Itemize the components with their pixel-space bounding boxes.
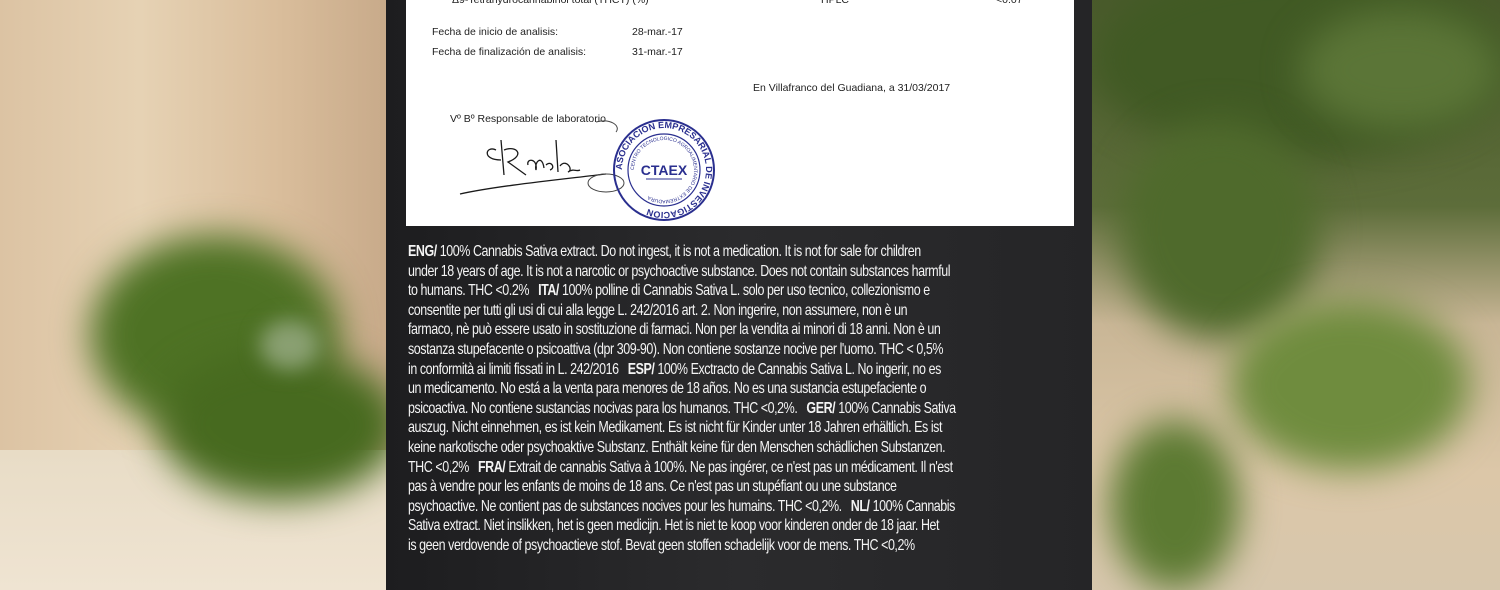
warning-text: 100% polline di Cannabis Sativa L. solo … xyxy=(559,282,930,299)
warning-line: psychoactive. Ne contient pas de substan… xyxy=(408,497,1088,517)
ctaex-stamp-icon: ASOCIACION EMPRESARIAL DE INVESTIGACION … xyxy=(612,118,716,222)
warning-line: ENG/ 100% Cannabis Sativa extract. Do no… xyxy=(408,242,1088,262)
warning-line: keine narkotische oder psychoaktive Subs… xyxy=(408,438,1088,458)
plant-leaf xyxy=(160,350,400,500)
product-package: Δ9-Tetrahydrocannabinol total (THCT) (%)… xyxy=(386,0,1092,590)
warning-text: 100% Exctracto de Cannabis Sativa L. No … xyxy=(654,361,940,378)
thc-value: <0.07 xyxy=(996,0,1023,6)
warning-text: psicoactiva. No contiene sustancias noci… xyxy=(408,400,806,417)
warning-text: consentite per tutti gli usi di cui alla… xyxy=(408,302,907,319)
plant-leaf xyxy=(1230,300,1470,470)
warning-line: Sativa extract. Niet inslikken, het is g… xyxy=(408,516,1088,536)
multilingual-warning-text: ENG/ 100% Cannabis Sativa extract. Do no… xyxy=(408,242,1088,556)
warning-line: under 18 years of age. It is not a narco… xyxy=(408,262,1088,282)
warning-line: psicoactiva. No contiene sustancias noci… xyxy=(408,399,1088,419)
warning-text: 100% Cannabis Sativa xyxy=(835,400,955,417)
language-code: ITA/ xyxy=(538,282,559,299)
warning-line: is geen verdovende of psychoactieve stof… xyxy=(408,536,1088,556)
plant-leaf xyxy=(1300,10,1500,130)
warning-line: THC <0,2% FRA/ Extrait de cannabis Sativ… xyxy=(408,458,1088,478)
warning-text: 100% Cannabis Sativa extract. Do not ing… xyxy=(437,243,921,260)
language-code: ESP/ xyxy=(628,361,655,378)
language-code: ENG/ xyxy=(408,243,437,260)
warning-text: is geen verdovende of psychoactieve stof… xyxy=(408,537,915,554)
language-code: FRA/ xyxy=(478,459,505,476)
warning-text: to humans. THC <0.2% xyxy=(408,282,538,299)
warning-line: auszug. Nicht einnehmen, es ist kein Med… xyxy=(408,418,1088,438)
language-code: NL/ xyxy=(851,498,870,515)
start-date-label: Fecha de inicio de analisis: xyxy=(432,26,558,38)
language-code: GER/ xyxy=(806,400,835,417)
plant-leaf xyxy=(1110,420,1240,590)
lab-analysis-certificate: Δ9-Tetrahydrocannabinol total (THCT) (%)… xyxy=(406,0,1074,226)
warning-line: pas à vendre pour les enfants de moins d… xyxy=(408,477,1088,497)
svg-text:CTAEX: CTAEX xyxy=(641,162,688,178)
warning-text: THC <0,2% xyxy=(408,459,478,476)
start-date-value: 28-mar.-17 xyxy=(632,26,683,38)
warning-text: keine narkotische oder psychoaktive Subs… xyxy=(408,439,945,456)
plant-leaf-highlight xyxy=(260,320,320,370)
warning-line: farmaco, nè può essere usato in sostituz… xyxy=(408,320,1088,340)
thc-method: HPLC xyxy=(821,0,849,6)
signature-icon xyxy=(456,120,626,200)
warning-text: Sativa extract. Niet inslikken, het is g… xyxy=(408,517,939,534)
warning-line: to humans. THC <0.2% ITA/ 100% polline d… xyxy=(408,281,1088,301)
warning-text: sostanza stupefacente o psicoattiva (dpr… xyxy=(408,341,943,358)
plant-leaf xyxy=(1120,120,1320,340)
warning-text: pas à vendre pour les enfants de moins d… xyxy=(408,478,897,495)
warning-text: in conformità ai limiti fissati in L. 24… xyxy=(408,361,628,378)
warning-text: 100% Cannabis xyxy=(870,498,955,515)
warning-text: under 18 years of age. It is not a narco… xyxy=(408,263,950,280)
warning-line: sostanza stupefacente o psicoattiva (dpr… xyxy=(408,340,1088,360)
end-date-label: Fecha de finalización de analisis: xyxy=(432,46,586,58)
warning-line: in conformità ai limiti fissati in L. 24… xyxy=(408,360,1088,380)
place-and-date: En Villafranco del Guadiana, a 31/03/201… xyxy=(753,82,950,94)
thc-parameter-label: Δ9-Tetrahydrocannabinol total (THCT) (%) xyxy=(452,0,649,6)
warning-text: Extrait de cannabis Sativa à 100%. Ne pa… xyxy=(505,459,952,476)
warning-line: consentite per tutti gli usi di cui alla… xyxy=(408,301,1088,321)
warning-text: auszug. Nicht einnehmen, es ist kein Med… xyxy=(408,419,942,436)
warning-text: psychoactive. Ne contient pas de substan… xyxy=(408,498,851,515)
end-date-value: 31-mar.-17 xyxy=(632,46,683,58)
warning-text: un medicamento. No está a la venta para … xyxy=(408,380,926,397)
warning-text: farmaco, nè può essere usato in sostituz… xyxy=(408,321,940,338)
warning-line: un medicamento. No está a la venta para … xyxy=(408,379,1088,399)
